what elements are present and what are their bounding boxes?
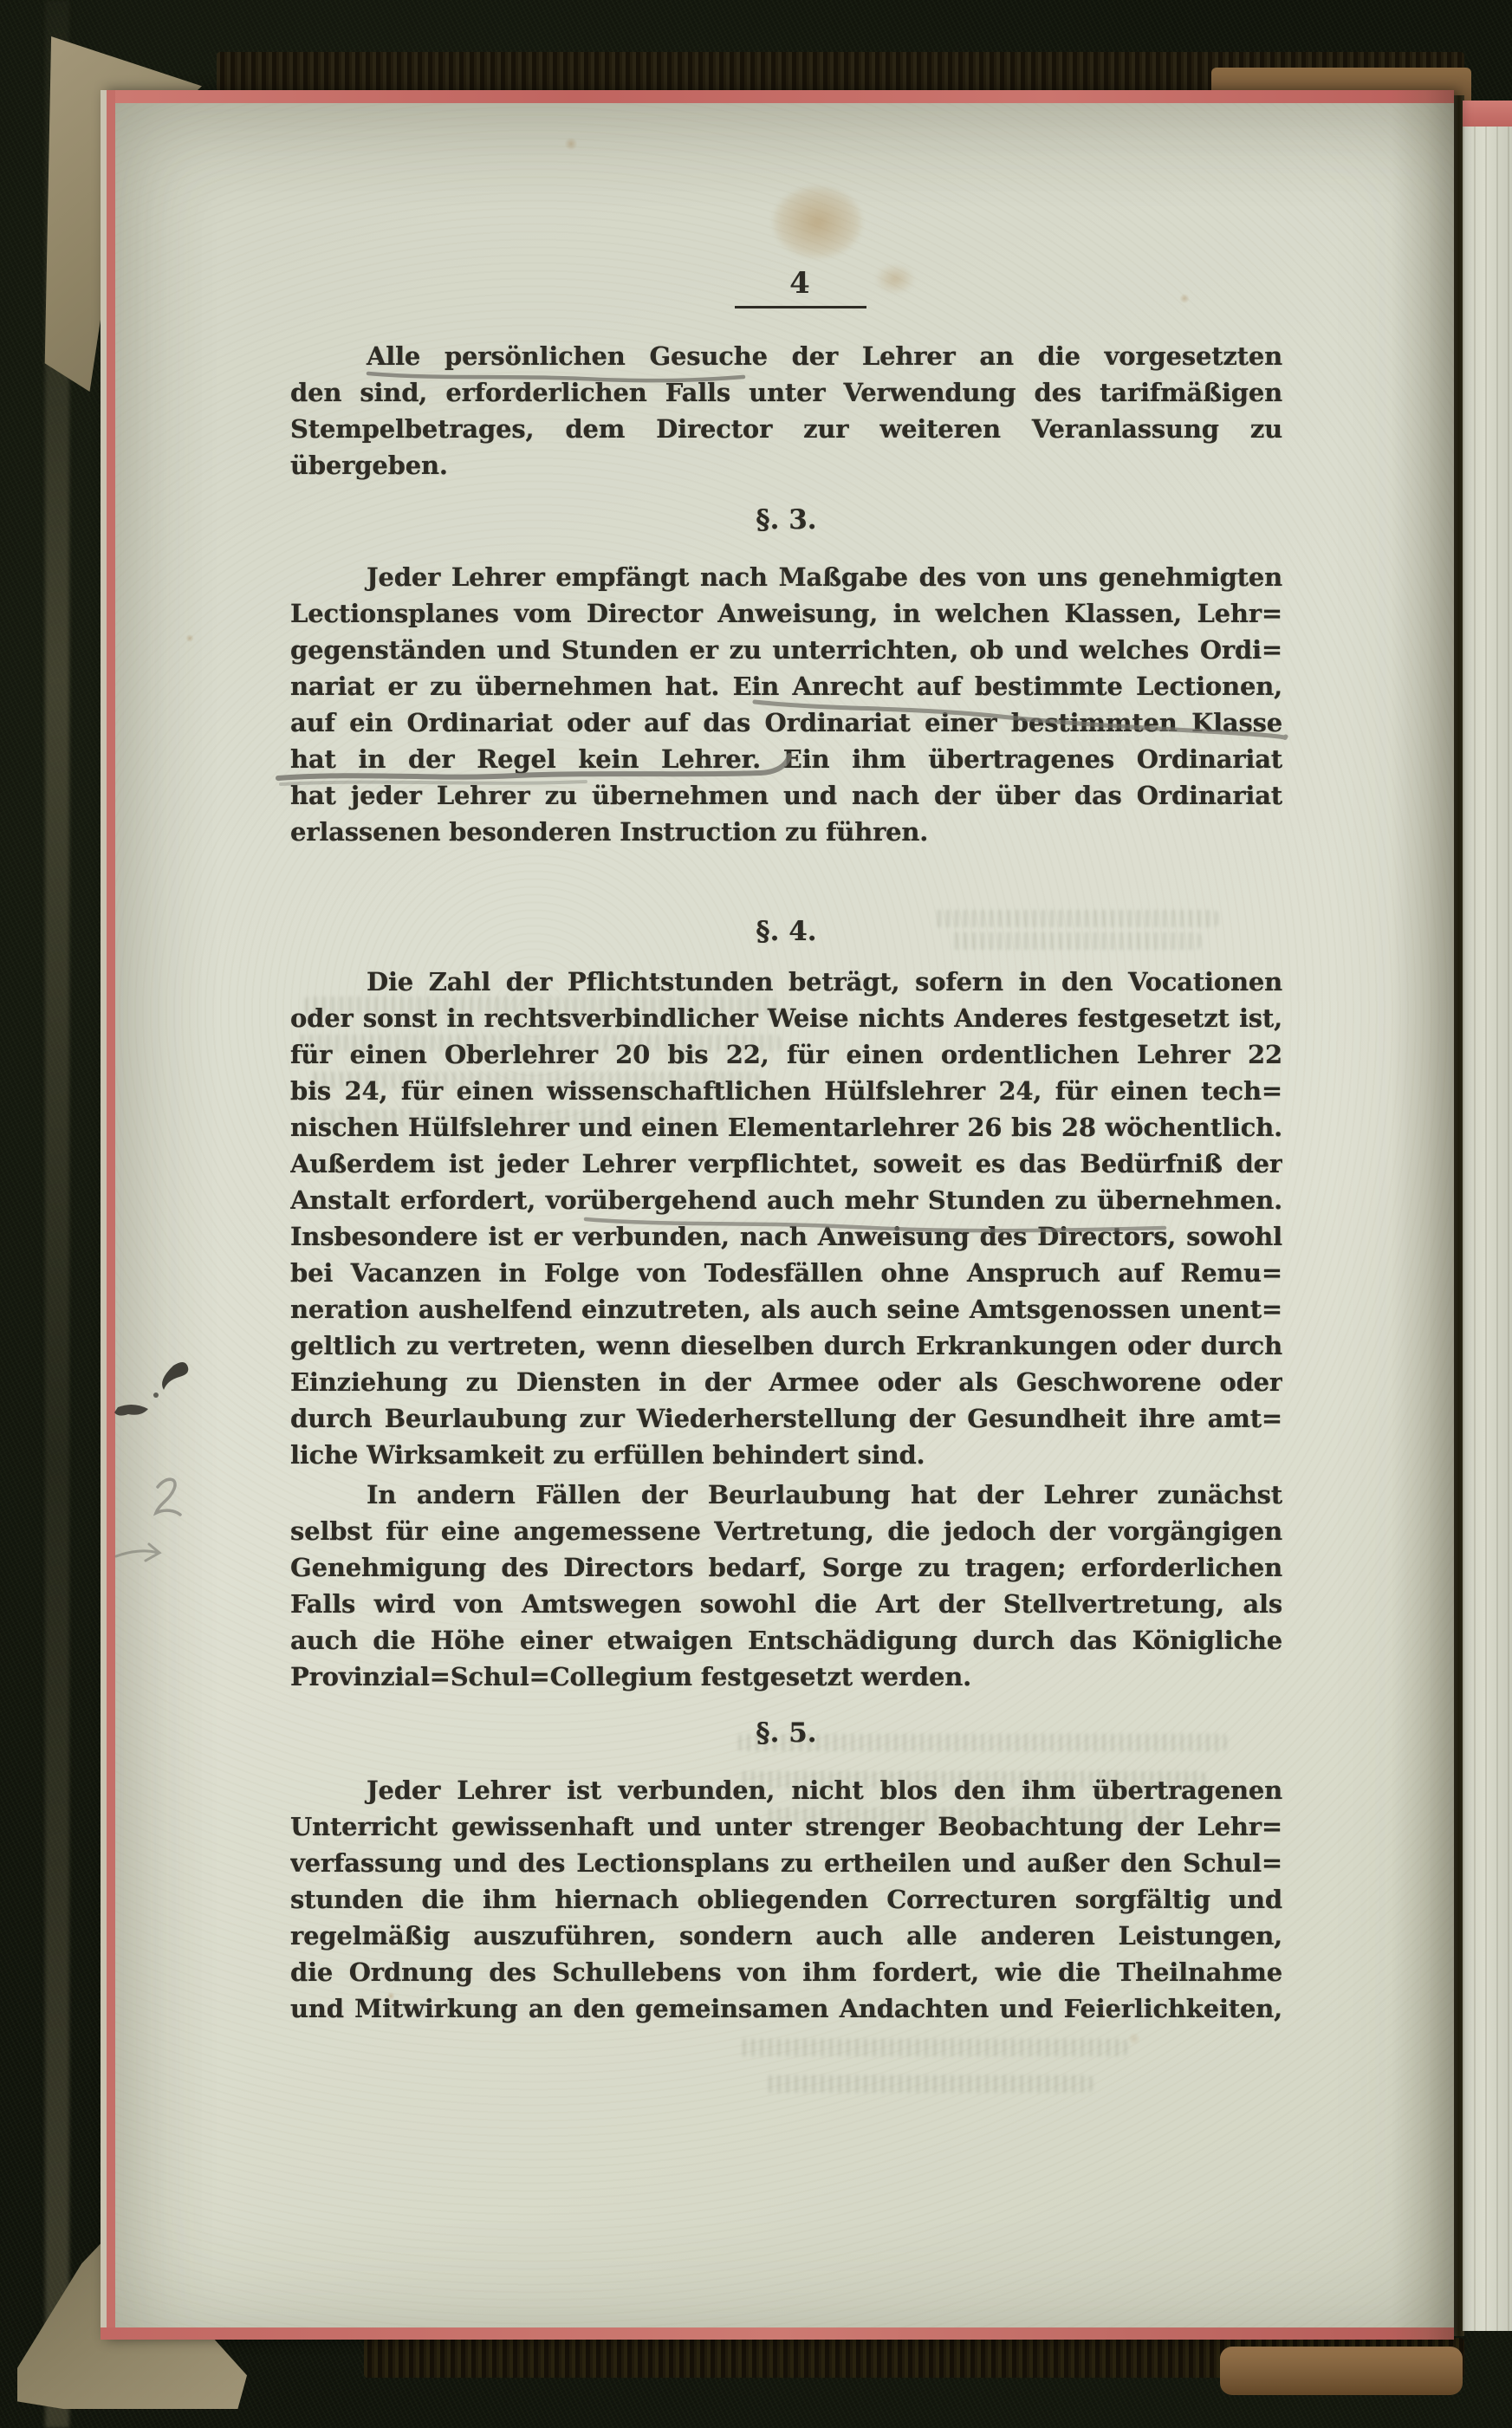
text-line: liche Wirksamkeit zu erfüllen behindert …: [290, 1437, 1282, 1473]
text-line: oder sonst in rechtsverbindlicher Weise …: [290, 1000, 1282, 1036]
paragraph: Jeder Lehrer empfängt nach Maßgabe des v…: [290, 559, 1282, 850]
text-line: hat in der Regel kein Lehrer. Ein ihm üb…: [290, 741, 1282, 777]
text-line: die Ordnung des Schullebens von ihm ford…: [290, 1954, 1282, 1990]
paragraph: Jeder Lehrer ist verbunden, nicht blos d…: [290, 1772, 1282, 2027]
paragraph: In andern Fällen der Beurlaubung hat der…: [290, 1477, 1282, 1695]
red-page-edge-next: [1463, 101, 1512, 127]
text-line: Unterricht gewissenhaft und unter streng…: [290, 1808, 1282, 1845]
text-line: den sind, erforderlichen Falls unter Ver…: [290, 374, 1282, 411]
text-line: gegenständen und Stunden er zu unterrich…: [290, 632, 1282, 668]
text-line: Außerdem ist jeder Lehrer verpflichtet, …: [290, 1146, 1282, 1182]
text-line: auch die Höhe einer etwaigen Entschädigu…: [290, 1622, 1282, 1659]
text-line: Falls wird von Amtswegen sowohl die Art …: [290, 1586, 1282, 1622]
text-line: übergeben.: [290, 447, 1282, 484]
text-line: Provinzial=Schul=Collegium festgesetzt w…: [290, 1659, 1282, 1695]
printed-text-layer: 4 Alle persönlichen Gesuche der Lehrer a…: [101, 90, 1454, 2340]
text-line: Stempelbetrages, dem Director zur weiter…: [290, 411, 1282, 447]
text-line: und Mitwirkung an den gemeinsamen Andach…: [290, 1990, 1282, 2027]
text-line: bei Vacanzen in Folge von Todesfällen oh…: [290, 1255, 1282, 1291]
page-number-rule: [735, 306, 866, 308]
section-heading: §. 4.: [290, 916, 1282, 947]
text-line: regelmäßig auszuführen, sondern auch all…: [290, 1918, 1282, 1954]
text-line: nischen Hülfslehrer und einen Elementarl…: [290, 1109, 1282, 1146]
page-number-block: 4: [304, 266, 1296, 308]
text-line: Anstalt erfordert, vorübergehend auch me…: [290, 1182, 1282, 1218]
text-line: verfassung und des Lectionsplans zu erth…: [290, 1845, 1282, 1881]
text-line: Einziehung zu Diensten in der Armee oder…: [290, 1364, 1282, 1400]
text-line: Jeder Lehrer empfängt nach Maßgabe des v…: [290, 559, 1282, 595]
text-line: bis 24, für einen wissenschaftlichen Hül…: [290, 1073, 1282, 1109]
text-line: erlassenen besonderen Instruction zu füh…: [290, 814, 1282, 850]
text-line: durch Beurlaubung zur Wiederherstellung …: [290, 1400, 1282, 1437]
book-page: 4 Alle persönlichen Gesuche der Lehrer a…: [101, 90, 1454, 2340]
spine-leather-bottom: [1220, 2347, 1463, 2395]
page-number: 4: [304, 266, 1296, 301]
text-line: auf ein Ordinariat oder auf das Ordinari…: [290, 704, 1282, 741]
section-heading: §. 5.: [290, 1717, 1282, 1749]
paragraph: Alle persönlichen Gesuche der Lehrer an …: [290, 338, 1282, 484]
section-heading: §. 3.: [290, 504, 1282, 536]
text-line: neration aushelfend einzutreten, als auc…: [290, 1291, 1282, 1328]
text-line: Jeder Lehrer ist verbunden, nicht blos d…: [290, 1772, 1282, 1808]
text-line: Die Zahl der Pflichtstunden beträgt, sof…: [290, 964, 1282, 1000]
text-line: nariat er zu übernehmen hat. Ein Anrecht…: [290, 668, 1282, 704]
text-line: selbst für eine angemessene Vertretung, …: [290, 1513, 1282, 1549]
following-page-edges: [1463, 101, 1512, 2331]
text-line: geltlich zu vertreten, wenn dieselben du…: [290, 1328, 1282, 1364]
text-line: Insbesondere ist er verbunden, nach Anwe…: [290, 1218, 1282, 1255]
text-line: Lectionsplanes vom Director Anweisung, i…: [290, 595, 1282, 632]
text-line: Alle persönlichen Gesuche der Lehrer an …: [290, 338, 1282, 374]
text-line: hat jeder Lehrer zu übernehmen und nach …: [290, 777, 1282, 814]
paragraph: Die Zahl der Pflichtstunden beträgt, sof…: [290, 964, 1282, 1473]
text-line: In andern Fällen der Beurlaubung hat der…: [290, 1477, 1282, 1513]
text-line: für einen Oberlehrer 20 bis 22, für eine…: [290, 1036, 1282, 1073]
text-line: stunden die ihm hiernach obliegenden Cor…: [290, 1881, 1282, 1918]
book-scan: 4 Alle persönlichen Gesuche der Lehrer a…: [0, 0, 1512, 2428]
text-line: Genehmigung des Directors bedarf, Sorge …: [290, 1549, 1282, 1586]
